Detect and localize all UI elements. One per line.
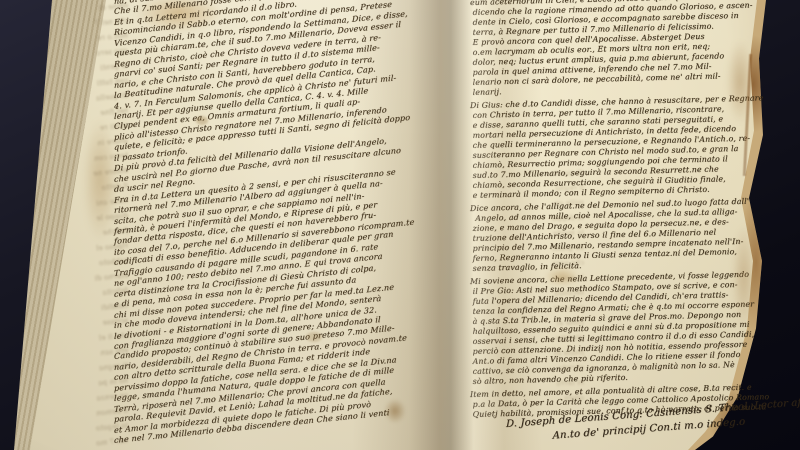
manuscript-photo: omne diche nel 7mill.o regno serale gent… xyxy=(0,0,800,450)
gutter-shadow xyxy=(352,0,542,450)
manuscript-text-left: na, di sublimi contiChe il 7.mo Millenar… xyxy=(114,0,390,446)
